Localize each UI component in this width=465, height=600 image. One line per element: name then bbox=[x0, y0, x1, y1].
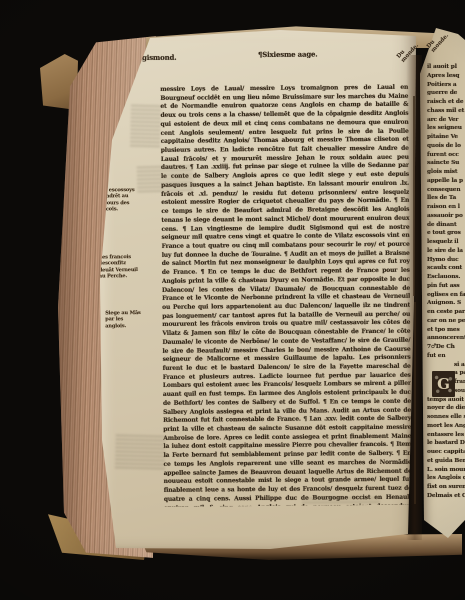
text-line-fragment: Apres lesq bbox=[427, 72, 465, 81]
main-page-content: 7♂Sigismond. ¶Sixiesme aage. Les escosso… bbox=[94, 25, 421, 558]
running-head-title: ¶Sixiesme aage. bbox=[258, 49, 318, 59]
text-line-fragment: L. soin mour bbox=[427, 466, 465, 475]
show-through-smudge bbox=[137, 163, 194, 194]
text-line-fragment: arc de Ver bbox=[427, 116, 465, 125]
text-line-fragment: pin fut ass bbox=[427, 282, 465, 291]
text-line-fragment: a pa bbox=[454, 369, 465, 378]
woodcut-initial-letter: G bbox=[437, 375, 450, 393]
text-line-fragment: de dinant bbox=[427, 221, 465, 230]
text-line-fragment: Poitiers a bbox=[427, 81, 465, 90]
main-page: 7♂Sigismond. ¶Sixiesme aage. Les escosso… bbox=[96, 26, 418, 556]
text-line-fragment: si a bbox=[454, 361, 465, 370]
next-page-sliver: il auoit plApres lesqPoitiers aguerre de… bbox=[420, 22, 465, 552]
page-fold-line bbox=[414, 302, 416, 504]
text-line-fragment: les seigneu bbox=[427, 124, 465, 133]
margin-note-siege-mans: Siege au Mās par les anglois. bbox=[105, 310, 143, 329]
text-line-fragment: saincte Su bbox=[427, 159, 465, 168]
text-line-fragment: appelle la p bbox=[427, 177, 465, 186]
text-line-fragment: noyer de dieu bbox=[427, 404, 465, 413]
text-line-fragment: Esclauons. bbox=[427, 273, 465, 282]
text-line-fragment: annoncerent d bbox=[427, 334, 465, 343]
woodcut-initial: G bbox=[432, 371, 455, 397]
text-line-fragment: sonnes elle se bbox=[427, 413, 465, 422]
text-line-fragment: quois de lo bbox=[427, 142, 465, 151]
text-line-fragment: Delmais et C bbox=[427, 492, 465, 501]
text-line-fragment: en ceste part bbox=[427, 308, 465, 317]
text-line-fragment: furent occ bbox=[427, 151, 465, 160]
text-line-fragment: raison en l bbox=[427, 203, 465, 212]
text-line-fragment: ouec cappitai bbox=[427, 448, 465, 457]
text-line-fragment: les Anglois q bbox=[427, 474, 465, 483]
text-line-fragment: lesquelz il bbox=[427, 238, 465, 247]
text-line-fragment: chass mil et bbox=[427, 107, 465, 116]
next-page-text-column: il auoit plApres lesqPoitiers aguerre de… bbox=[420, 22, 465, 552]
text-line-fragment: e tout gros bbox=[427, 229, 465, 238]
text-line-fragment: le sire de la bbox=[427, 247, 465, 256]
text-line-fragment: lles de Ta bbox=[427, 194, 465, 203]
text-line-fragment: 7♂De Ch bbox=[427, 343, 465, 352]
margin-note-verneuil: Les francois desconfitz deuāt Verneuil a… bbox=[99, 254, 141, 280]
text-line-fragment: soub bbox=[454, 387, 465, 396]
text-line-fragment: le bastard Do bbox=[427, 439, 465, 448]
text-line-fragment: et guida Bern bbox=[427, 457, 465, 466]
text-line-fragment: mort les Ang bbox=[427, 422, 465, 431]
text-line-fragment: Auignon. S bbox=[427, 299, 465, 308]
text-line-fragment: pitaine Ve bbox=[427, 133, 465, 142]
text-line-fragment: assauoir po bbox=[427, 212, 465, 221]
text-line-fragment: glois mist bbox=[427, 168, 465, 177]
text-line-fragment: eglises en fa bbox=[427, 291, 465, 300]
text-line-fragment: scaulx cont bbox=[427, 264, 465, 273]
text-line-fragment: guerre de bbox=[427, 89, 465, 98]
body-text: messire Loys de Laual/ messire Loys trom… bbox=[160, 84, 412, 507]
text-line-fragment: car on ne pe bbox=[427, 317, 465, 326]
text-line-fragment: consequen bbox=[427, 186, 465, 195]
text-line-fragment: raisch et de bbox=[427, 98, 465, 107]
text-line-fragment: il auoit pl bbox=[427, 63, 465, 72]
text-line-fragment: Hymo duc bbox=[427, 256, 465, 265]
text-line-fragment: et tpo mes bbox=[427, 326, 465, 335]
book-photo: 7♂Sigismond. ¶Sixiesme aage. Les escosso… bbox=[0, 0, 465, 600]
show-through-smudge bbox=[302, 495, 380, 504]
page-fold-line bbox=[413, 96, 415, 296]
text-line-fragment: fist on suren bbox=[427, 483, 465, 492]
text-line-fragment: fran bbox=[454, 378, 465, 387]
text-line-fragment: fut en bbox=[427, 352, 465, 361]
text-line-fragment: entassre les bbox=[427, 431, 465, 440]
show-through-smudge bbox=[130, 103, 161, 148]
show-through-smudge bbox=[115, 432, 166, 471]
